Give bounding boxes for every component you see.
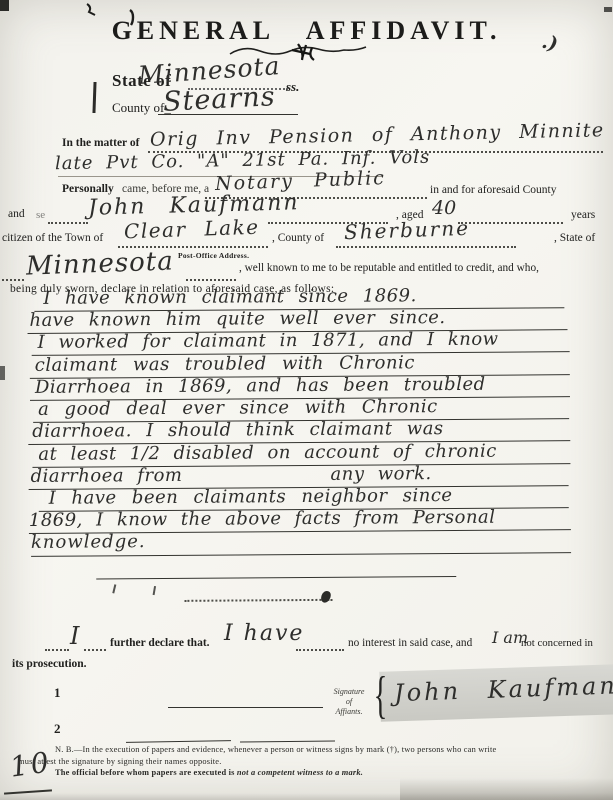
signature-brace-icon: { bbox=[374, 666, 388, 725]
ink-tick bbox=[153, 586, 156, 595]
signature-label-line1: Signature bbox=[326, 687, 372, 697]
signature-label-line3: Affiants. bbox=[326, 707, 372, 717]
statement-line: a good deal ever since with Chronic bbox=[38, 396, 438, 420]
declaration-dotted bbox=[296, 649, 344, 651]
scan-shadow bbox=[0, 793, 613, 800]
page-number-handwriting: 10 bbox=[8, 745, 54, 783]
signer-number-2: 2 bbox=[54, 721, 61, 737]
ink-blot bbox=[320, 590, 332, 604]
statement-line: at least 1/2 disabled on account of chro… bbox=[38, 441, 497, 465]
footnote-line1: N. B.—In the execution of papers and evi… bbox=[55, 745, 496, 754]
statement-blank-dotted-rule bbox=[184, 599, 332, 602]
affidavit-page: GENERAL AFFIDAVIT. .) State of Minnesota… bbox=[0, 0, 613, 800]
statement-line: 1869, I know the above facts from Person… bbox=[29, 507, 496, 531]
statement-line: I have been claimants neighbor since bbox=[49, 485, 453, 509]
signature-of-affiants-label: Signature of Affiants. bbox=[326, 687, 372, 717]
not-concerned-label: not concerned in bbox=[521, 637, 593, 649]
footnote-line3: The official before whom papers are exec… bbox=[55, 768, 363, 777]
i-have-handwriting: I have bbox=[224, 621, 304, 646]
declaration-dotted bbox=[84, 649, 106, 651]
statement-blank-rule bbox=[96, 576, 456, 580]
statement-line: Diarrhoea in 1869, and has been troubled bbox=[35, 374, 486, 398]
no-interest-label: no interest in said case, and bbox=[348, 637, 472, 649]
prosecution-label: its prosecution. bbox=[12, 658, 87, 670]
statement-line: I have known claimant since 1869. bbox=[43, 285, 417, 309]
statement-line: diarrhoea. I should think claimant was bbox=[32, 418, 444, 442]
statement-rule bbox=[31, 552, 571, 557]
statement-line-right: any work. bbox=[330, 463, 431, 485]
statement-line: I worked for claimant in 1871, and I kno… bbox=[38, 329, 499, 353]
footnote-line3b: not a competent witness to a mark. bbox=[237, 768, 363, 777]
signature-label-line2: of bbox=[326, 697, 372, 707]
further-declare-label: further declare that. bbox=[110, 637, 210, 649]
ink-tick bbox=[112, 584, 116, 593]
statement-line: claimant was troubled with Chronic bbox=[35, 352, 415, 376]
statement-line-left: diarrhoea from bbox=[30, 465, 182, 487]
statement-line: knowledge. bbox=[31, 531, 146, 553]
signer-number-1: 1 bbox=[54, 685, 61, 701]
declaration-i-handwriting: I bbox=[70, 622, 79, 650]
statement-line: have known him quite well ever since. bbox=[29, 307, 445, 331]
declaration-dotted bbox=[45, 649, 69, 651]
signer-line-1 bbox=[168, 707, 323, 708]
footnote-line3a: The official before whom papers are exec… bbox=[55, 768, 235, 777]
